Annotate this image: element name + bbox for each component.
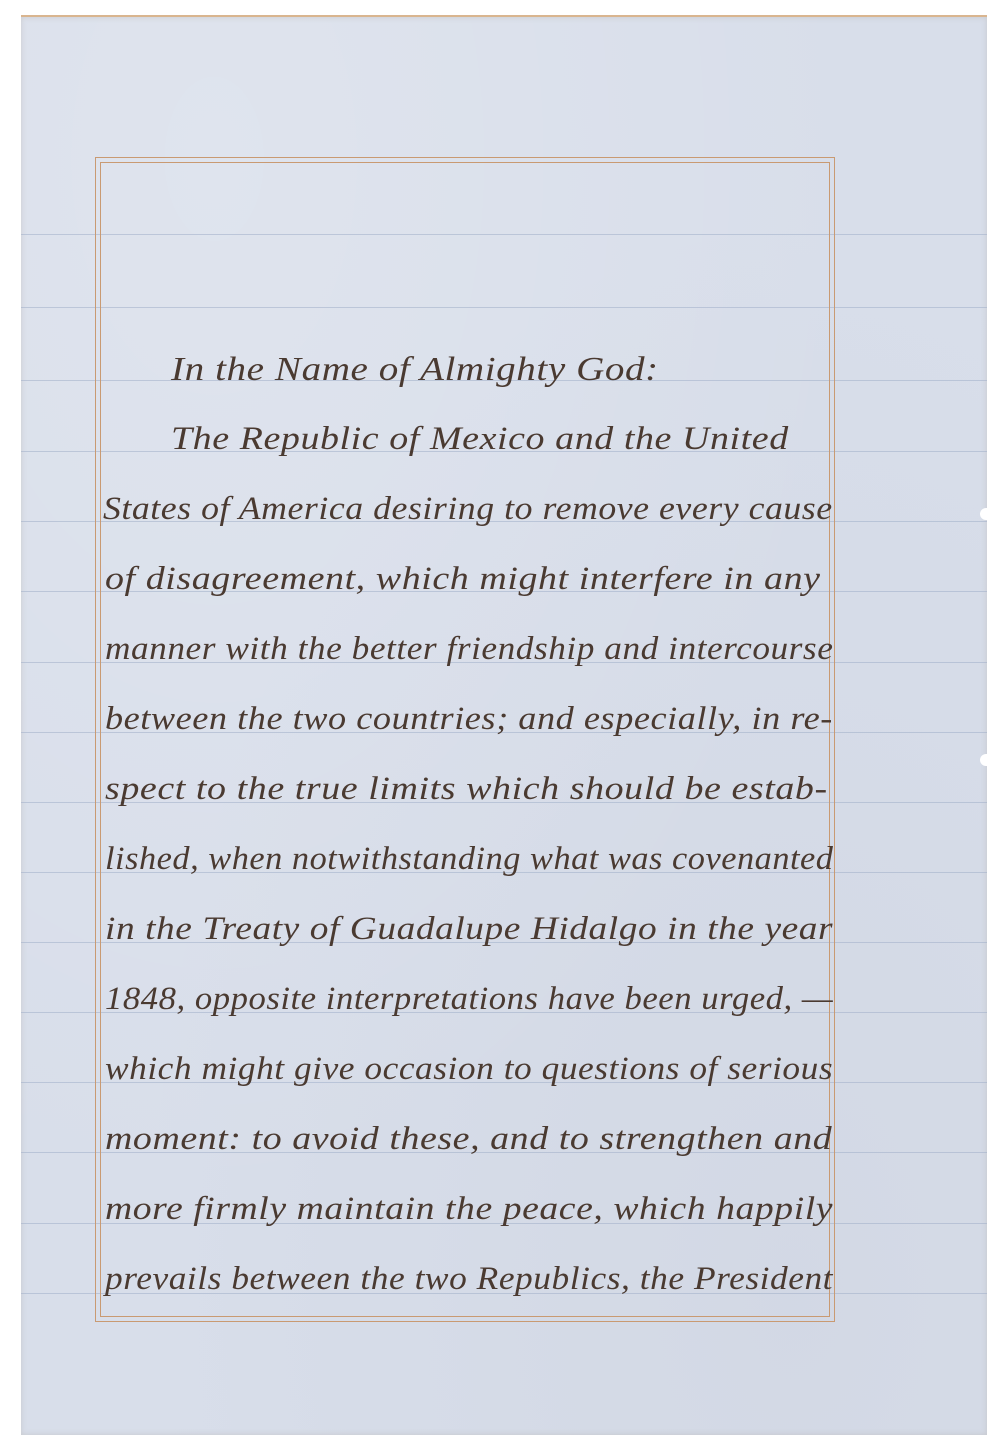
text-line: spect to the true limits which should be…: [105, 771, 828, 808]
text-line: States of America desiring to remove eve…: [103, 491, 833, 528]
text-line: prevails between the two Republics, the …: [105, 1261, 833, 1298]
text-line: which might give occasion to questions o…: [105, 1051, 833, 1088]
text-line: in the Treaty of Guadalupe Hidalgo in th…: [105, 911, 833, 948]
text-line: moment: to avoid these, and to strengthe…: [105, 1121, 832, 1158]
manuscript-page: In the Name of Almighty God: The Republi…: [21, 15, 987, 1435]
text-line: of disagreement, which might interfere i…: [105, 561, 821, 598]
text-line: lished, when notwithstanding what was co…: [105, 841, 833, 878]
document-heading: In the Name of Almighty God:: [171, 351, 659, 389]
text-line: The Republic of Mexico and the United: [171, 421, 789, 458]
page-edge-notch: [980, 508, 988, 520]
page-edge-notch: [980, 754, 988, 766]
text-line: manner with the better friendship and in…: [105, 631, 833, 668]
text-line: more firmly maintain the peace, which ha…: [105, 1191, 833, 1228]
text-line: between the two countries; and especiall…: [105, 701, 833, 738]
text-line: 1848, opposite interpretations have been…: [105, 981, 833, 1018]
